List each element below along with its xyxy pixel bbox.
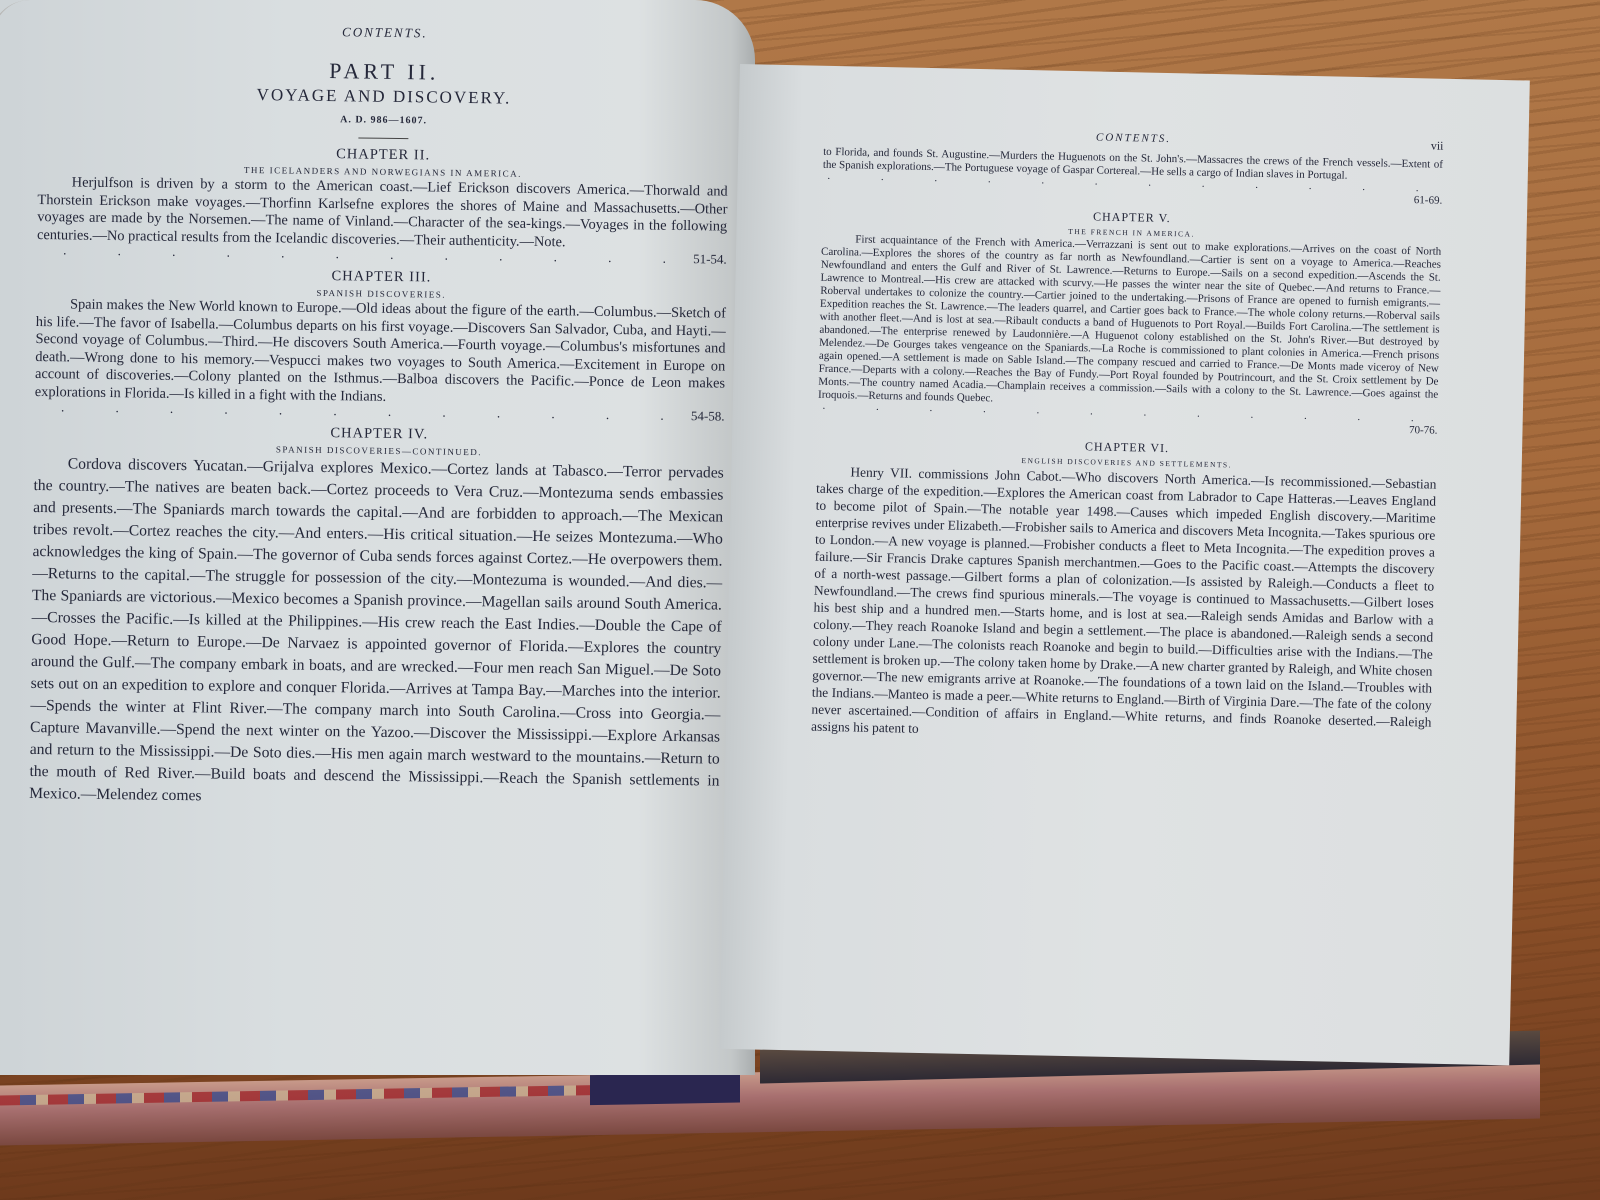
left-page: CONTENTS. PART II. VOYAGE AND DISCOVERY.… bbox=[0, 0, 755, 1075]
chapter-5: CHAPTER V. THE FRENCH IN AMERICA. First … bbox=[817, 204, 1441, 437]
right-page-content: CONTENTS. vii to Florida, and founds St.… bbox=[811, 126, 1444, 748]
chapter-summary: Cordova discovers Yucatan.—Grijalva expl… bbox=[29, 453, 724, 815]
cover-corner bbox=[590, 1073, 740, 1106]
chapter-summary: Herjulfson is driven by a storm to the A… bbox=[37, 174, 728, 254]
page-range: 54-58. bbox=[691, 408, 725, 423]
page-range: 61-69. bbox=[1414, 194, 1443, 207]
chapter-6: CHAPTER VI. ENGLISH DISCOVERIES AND SETT… bbox=[811, 434, 1437, 748]
chapter-4-continued: to Florida, and founds St. Augustine.—Mu… bbox=[822, 146, 1443, 207]
chapter-4: CHAPTER IV. SPANISH DISCOVERIES—CONTINUE… bbox=[29, 421, 724, 815]
page-number: vii bbox=[1431, 138, 1444, 153]
running-head: CONTENTS. bbox=[40, 20, 730, 46]
chapter-summary: First acquaintance of the French with Am… bbox=[818, 233, 1441, 415]
chapter-summary: Henry VII. commissions John Cabot.—Who d… bbox=[811, 463, 1437, 748]
page-range: 51-54. bbox=[693, 251, 727, 266]
right-page: CONTENTS. vii to Florida, and founds St.… bbox=[719, 64, 1529, 1065]
left-page-content: CONTENTS. PART II. VOYAGE AND DISCOVERY.… bbox=[29, 20, 730, 815]
chapter-3: CHAPTER III. SPANISH DISCOVERIES. Spain … bbox=[34, 264, 726, 425]
chapter-2: CHAPTER II. THE ICELANDERS AND NORWEGIAN… bbox=[37, 142, 729, 268]
part-dates: A. D. 986—1607. bbox=[39, 110, 729, 131]
divider-rule bbox=[358, 137, 408, 139]
page-range: 70-76. bbox=[1409, 424, 1438, 437]
chapter-summary: Spain makes the New World known to Europ… bbox=[35, 296, 726, 411]
